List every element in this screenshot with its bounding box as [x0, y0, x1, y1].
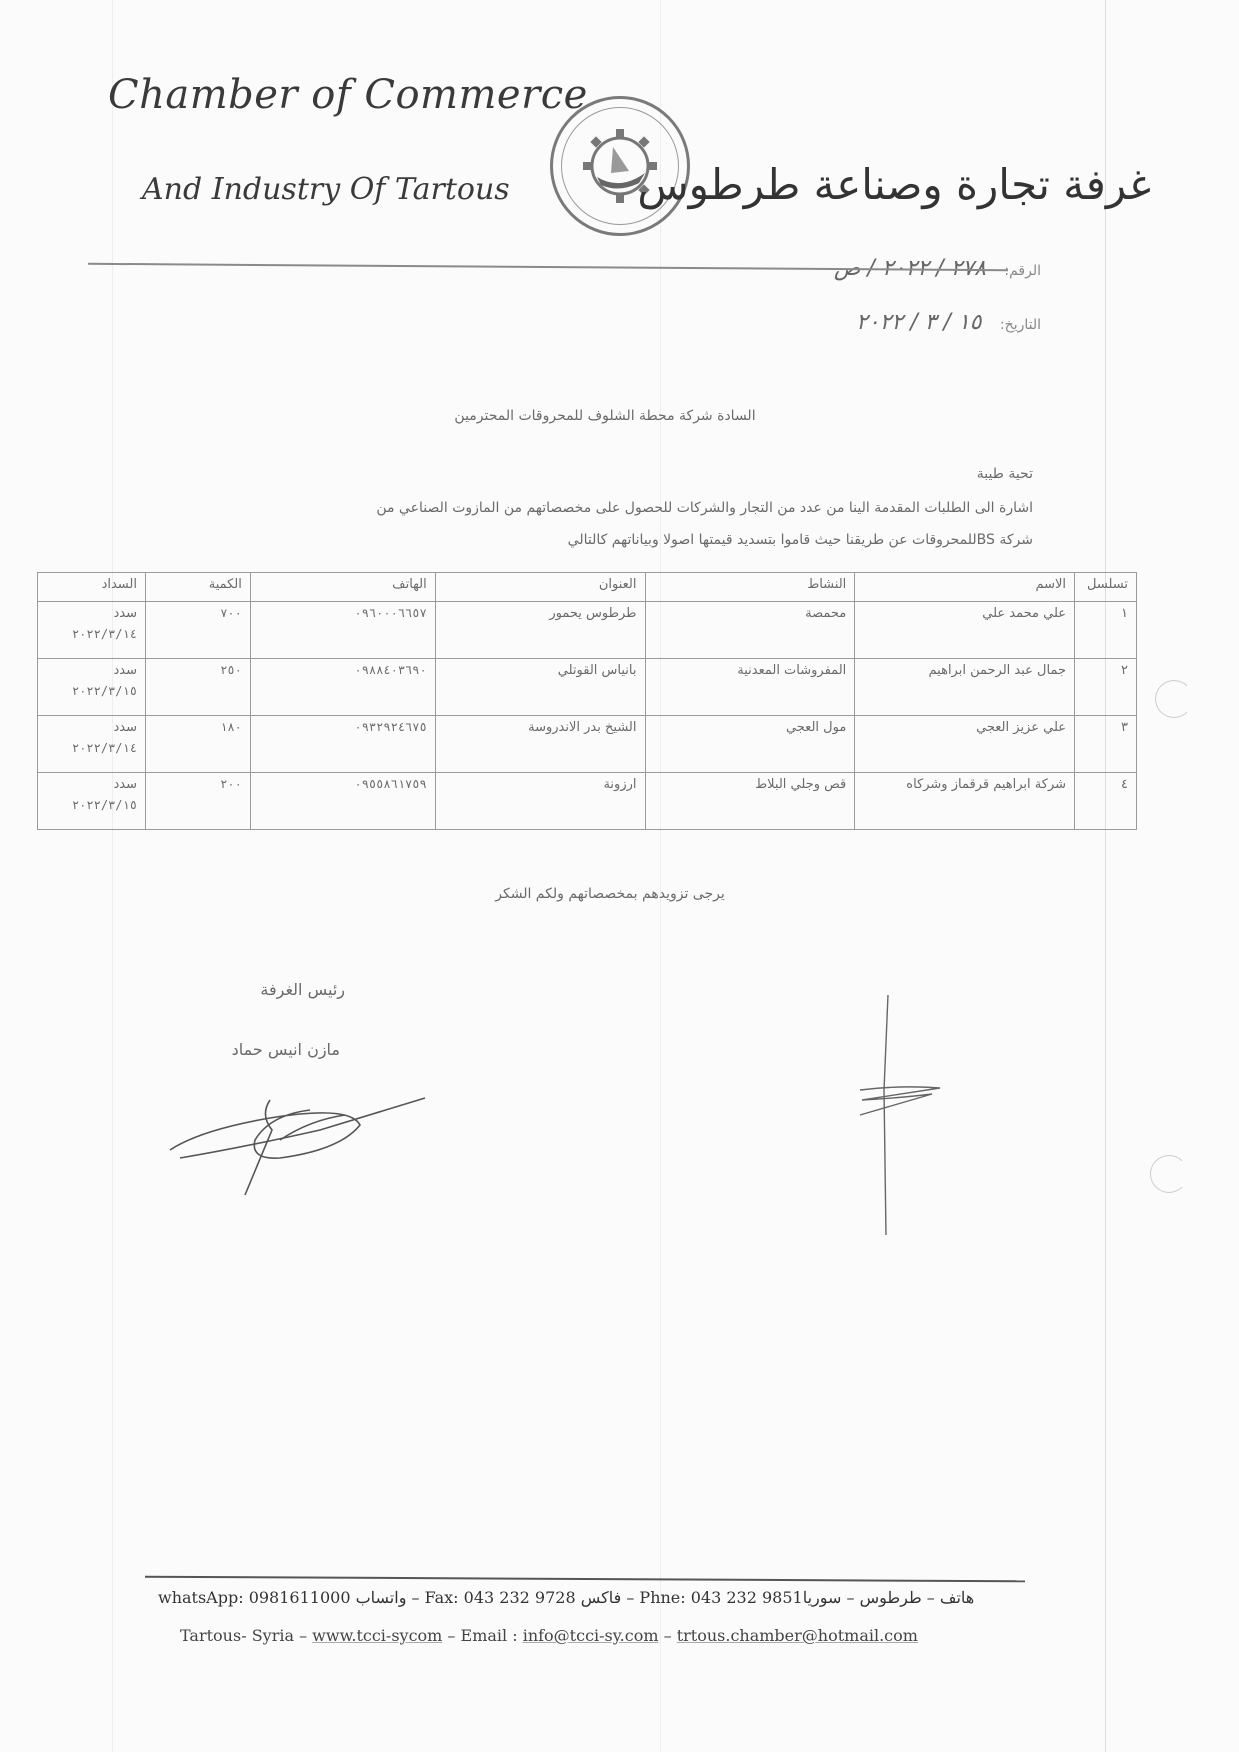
footer-web-line: Tartous- Syria – www.tcci-sycom – Email …: [180, 1626, 918, 1645]
cell-name: شركة ابراهيم قرقماز وشركاه: [855, 773, 1075, 830]
merchant-allocation-table: تسلسل الاسم النشاط العنوان الهاتف الكمية…: [37, 572, 1137, 830]
cell-quantity: ٢٥٠: [145, 659, 250, 716]
signatory-title: رئيس الغرفة: [195, 980, 345, 999]
cell-activity: مول العجي: [645, 716, 855, 773]
letterhead-arabic-title: غرفة تجارة وصناعة طرطوس: [637, 160, 1151, 209]
payment-status: سدد: [113, 606, 137, 621]
table-row: ٤ شركة ابراهيم قرقماز وشركاه قص وجلي الب…: [38, 773, 1137, 830]
cell-phone: ٠٩٥٥٨٦١٧٥٩: [250, 773, 435, 830]
letterhead-english-subtitle: And Industry Of Tartous: [142, 172, 510, 207]
header-address: العنوان: [435, 573, 645, 602]
letterhead-english-title: Chamber of Commerce: [108, 72, 588, 118]
closing-line: يرجى تزويدهم بمخصصاتهم ولكم الشكر: [300, 886, 920, 902]
table-header-row: تسلسل الاسم النشاط العنوان الهاتف الكمية…: [38, 573, 1137, 602]
cell-name: جمال عبد الرحمن ابراهيم: [855, 659, 1075, 716]
reference-date-value: ١٥ / ٣ / ٢٠٢٢: [856, 310, 982, 335]
cell-payment: سدد ٢٠٢٢/٣/١٤: [38, 716, 146, 773]
cell-payment: سدد ٢٠٢٢/٣/١٤: [38, 602, 146, 659]
cell-phone: ٠٩٣٢٩٢٤٦٧٥: [250, 716, 435, 773]
header-activity: النشاط: [645, 573, 855, 602]
footer-location: Tartous- Syria –: [180, 1626, 312, 1645]
punch-hole-mark: [1155, 680, 1193, 718]
cell-address: الشيخ بدر الاندروسة: [435, 716, 645, 773]
cell-payment: سدد ٢٠٢٢/٣/١٥: [38, 659, 146, 716]
cell-activity: قص وجلي البلاط: [645, 773, 855, 830]
cell-payment: سدد ٢٠٢٢/٣/١٥: [38, 773, 146, 830]
footer-email-link-2[interactable]: trtous.chamber@hotmail.com: [677, 1626, 918, 1645]
footer-email-label: – Email :: [442, 1626, 522, 1645]
payment-date: ٢٠٢٢/٣/١٤: [46, 627, 137, 641]
table-row: ٢ جمال عبد الرحمن ابراهيم المفروشات المع…: [38, 659, 1137, 716]
header-seq: تسلسل: [1075, 573, 1137, 602]
cell-address: طرطوس يحمور: [435, 602, 645, 659]
header-payment: السداد: [38, 573, 146, 602]
cell-seq: ٣: [1075, 716, 1137, 773]
cell-quantity: ٧٠٠: [145, 602, 250, 659]
footer-website-link[interactable]: www.tcci-sycom: [312, 1626, 442, 1645]
payment-date: ٢٠٢٢/٣/١٥: [46, 798, 137, 812]
addressee: السادة شركة محطة الشلوف للمحروقات المحتر…: [300, 408, 910, 424]
reference-number-label: الرقم:: [1004, 263, 1041, 279]
scan-artifact: [660, 0, 661, 1752]
payment-status: سدد: [113, 663, 137, 678]
footer-contact-line: whatsApp: 0981611000 واتساب – Fax: 043 2…: [158, 1588, 974, 1607]
cell-seq: ٤: [1075, 773, 1137, 830]
punch-hole-mark: [1150, 1155, 1188, 1193]
cell-address: ارزونة: [435, 773, 645, 830]
cell-activity: المفروشات المعدنية: [645, 659, 855, 716]
cell-seq: ١: [1075, 602, 1137, 659]
cell-quantity: ١٨٠: [145, 716, 250, 773]
cell-phone: ٠٩٨٨٤٠٣٦٩٠: [250, 659, 435, 716]
cell-seq: ٢: [1075, 659, 1137, 716]
chairman-signature-icon: [160, 1080, 440, 1210]
payment-date: ٢٠٢٢/٣/١٥: [46, 684, 137, 698]
payment-status: سدد: [113, 720, 137, 735]
signatory-name: مازن انيس حماد: [180, 1040, 340, 1059]
header-quantity: الكمية: [145, 573, 250, 602]
greeting: تحية طيبة: [977, 466, 1033, 482]
table-row: ٣ علي عزيز العجي مول العجي الشيخ بدر الا…: [38, 716, 1137, 773]
footer-email-link-1[interactable]: info@tcci-sy.com: [523, 1626, 659, 1645]
header-phone: الهاتف: [250, 573, 435, 602]
footer-separator: –: [659, 1626, 677, 1645]
table-row: ١ علي محمد علي محمصة طرطوس يحمور ٠٩٦٠٠٠٦…: [38, 602, 1137, 659]
cell-name: علي محمد علي: [855, 602, 1075, 659]
second-signature-icon: [840, 990, 950, 1240]
cell-phone: ٠٩٦٠٠٠٦٦٥٧: [250, 602, 435, 659]
footer-divider: [145, 1576, 1025, 1583]
cell-address: بانياس القوتلي: [435, 659, 645, 716]
intro-paragraph-line-1: اشارة الى الطلبات المقدمة الينا من عدد م…: [33, 500, 1033, 516]
cell-activity: محمصة: [645, 602, 855, 659]
intro-paragraph-line-2: شركة BSللمحروقات عن طريقنا حيث قاموا بتس…: [33, 532, 1033, 548]
reference-date-row: التاريخ: ١٥ / ٣ / ٢٠٢٢: [856, 310, 1041, 335]
cell-quantity: ٢٠٠: [145, 773, 250, 830]
scan-artifact: [1105, 0, 1106, 1752]
cell-name: علي عزيز العجي: [855, 716, 1075, 773]
payment-date: ٢٠٢٢/٣/١٤: [46, 741, 137, 755]
header-name: الاسم: [855, 573, 1075, 602]
payment-status: سدد: [113, 777, 137, 792]
reference-date-label: التاريخ:: [1000, 317, 1041, 333]
